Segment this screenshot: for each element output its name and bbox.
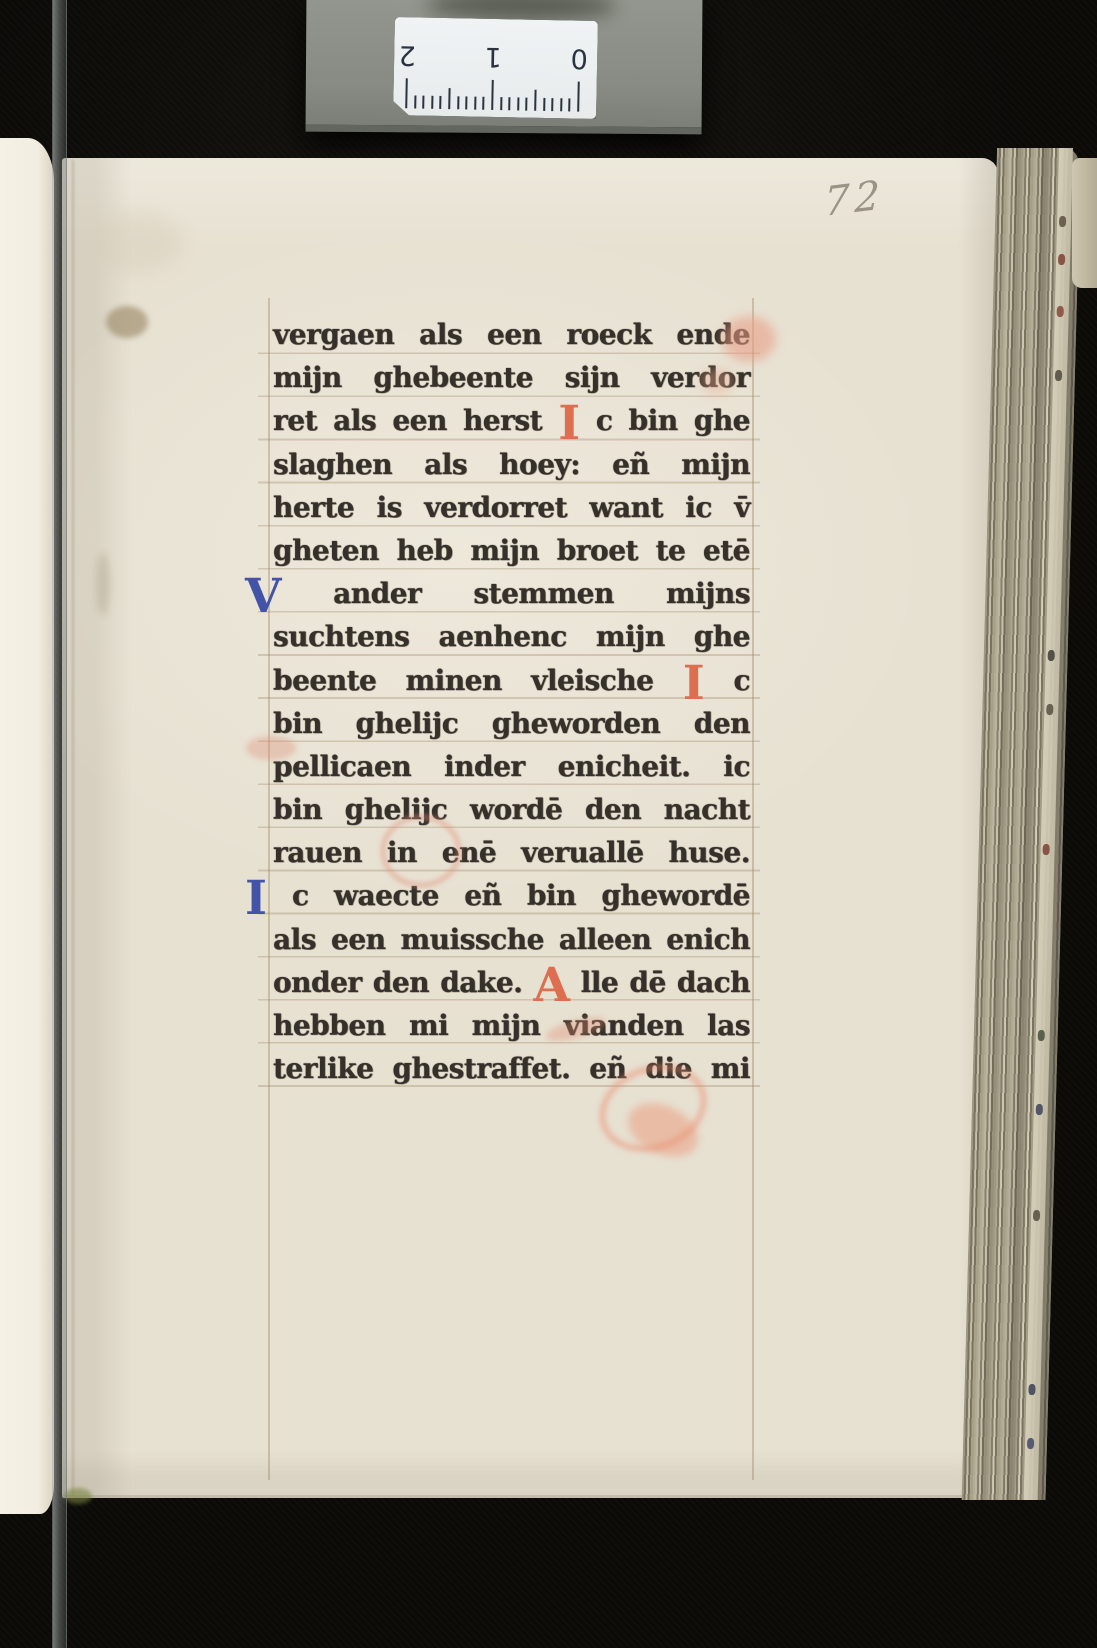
text-segment: pellicaen inder enicheit. ic — [273, 750, 750, 783]
ruler-tick — [491, 80, 494, 110]
text-segment: slaghen als hoey: eñ mijn — [273, 448, 750, 481]
ruler-tick — [431, 96, 433, 109]
fore-edge-speck — [1058, 254, 1065, 265]
text-segment: mijn ghebeente sijn verdor — [273, 361, 750, 394]
text-segment: c bin ghe — [596, 404, 750, 437]
right-ruling-line — [752, 298, 754, 1480]
illuminated-initial: I — [558, 414, 580, 434]
ruler-tick — [534, 90, 536, 111]
text-line: rauen in enē veruallē huse. — [273, 831, 750, 874]
stain-spot — [246, 736, 296, 760]
manuscript-photo: 210 72 vergaen als een roeck endemijn gh… — [0, 0, 1097, 1648]
fore-edge-sliver — [1024, 148, 1073, 1500]
text-segment: als een muissche alleen enich — [273, 923, 750, 956]
text-line: beente minen vleische I c — [273, 659, 750, 702]
text-line: vergaen als een roeck ende — [273, 313, 750, 356]
stain-spot — [700, 368, 734, 394]
ruler-tick — [474, 97, 476, 110]
text-line: onder den dake. A lle dē dach — [273, 961, 750, 1004]
fore-edge-speck — [1036, 1104, 1043, 1115]
ruler-sticker: 210 — [393, 17, 598, 119]
text-segment: c — [733, 664, 750, 697]
ruler-tick — [440, 96, 442, 109]
ruler-tick — [457, 96, 459, 109]
text-segment: ret als een herst — [273, 404, 542, 437]
text-segment: onder den dake. — [273, 966, 522, 999]
text-block: vergaen als een roeck endemijn ghebeente… — [273, 313, 750, 1090]
ruler-tick — [465, 96, 467, 109]
text-segment: beente minen vleische — [273, 664, 653, 697]
illuminated-initial: I — [245, 889, 267, 909]
ruler-tick — [422, 96, 424, 109]
stain-spot — [64, 1488, 92, 1504]
ruler-number: 0 — [570, 42, 588, 73]
text-line: gheten heb mijn broet te etē — [273, 529, 750, 572]
ruler-tick — [500, 97, 502, 110]
text-segment: bin ghelijc gheworden den — [273, 707, 750, 740]
illuminated-initial: V — [245, 587, 281, 607]
ruler-tick — [405, 78, 408, 108]
text-line: pellicaen inder enicheit. ic — [273, 745, 750, 788]
text-line: suchtens aenhenc mijn ghe — [273, 615, 750, 658]
text-line: hebben mi mijn vianden las — [273, 1004, 750, 1047]
fore-edge-speck — [1055, 370, 1062, 381]
ruler-tick — [560, 98, 562, 111]
text-line: ret als een herst I c bin ghe — [273, 399, 750, 442]
plate-smudge — [426, 0, 616, 21]
left-page-edge — [0, 138, 54, 1514]
text-segment: c waecte eñ bin ghewordē — [292, 879, 750, 912]
ruler-tick — [577, 82, 580, 112]
text-segment: vergaen als een roeck ende — [273, 318, 750, 351]
stain-spot — [96, 552, 110, 616]
fore-edge-speck — [1038, 1030, 1045, 1041]
ruler-tick — [551, 98, 553, 111]
text-segment: suchtens aenhenc mijn ghe — [273, 620, 750, 653]
text-segment: gheten heb mijn broet te etē — [273, 534, 750, 567]
stain-spot — [722, 316, 776, 362]
illuminated-initial: A — [534, 976, 570, 996]
text-line: bin ghelijc wordē den nacht — [273, 788, 750, 831]
text-segment: lle dē dach — [581, 966, 750, 999]
ink-offset-ring — [380, 814, 462, 888]
text-segment: herte is verdorret want ic v̄ — [273, 491, 750, 524]
text-line: als een muissche alleen enich — [273, 918, 750, 961]
fore-edge-speck — [1059, 216, 1066, 227]
text-line: slaghen als hoey: eñ mijn — [273, 443, 750, 486]
ruler-number: 2 — [398, 39, 416, 70]
fore-edge-speck — [1033, 1210, 1040, 1221]
text-line: bin ghelijc gheworden den — [273, 702, 750, 745]
ruler-tick — [508, 97, 510, 110]
fore-edge-speck — [1028, 1384, 1035, 1395]
fore-edge-speck — [1057, 306, 1064, 317]
ruler-tick — [526, 98, 528, 111]
corner-pages — [1072, 158, 1097, 288]
ruler-tick — [414, 95, 416, 108]
illuminated-initial: I — [683, 674, 705, 694]
fore-edge-speck — [1027, 1438, 1034, 1449]
stain-spot — [106, 306, 148, 338]
text-segment: bin ghelijc wordē den nacht — [273, 793, 750, 826]
text-segment: rauen in enē veruallē huse. — [273, 836, 750, 869]
text-line: I c waecte eñ bin ghewordē — [273, 874, 750, 917]
page-number: 72 — [824, 172, 885, 226]
text-segment: ander stemmen mijns — [333, 577, 750, 610]
gutter-crease — [72, 160, 74, 1496]
glass-strip — [52, 0, 67, 1648]
text-line: herte is verdorret want ic v̄ — [273, 486, 750, 529]
text-line: mijn ghebeente sijn verdor — [273, 356, 750, 399]
fore-edge-speck — [1046, 704, 1053, 715]
ruler-tick — [448, 88, 450, 109]
fore-edge-speck — [1042, 844, 1049, 855]
fore-edge-speck — [1048, 650, 1055, 661]
stain-spot — [88, 212, 184, 274]
ruler-tick — [483, 97, 485, 110]
ruler-tick — [569, 98, 571, 111]
ruler-tick — [517, 97, 519, 110]
text-segment: hebben mi mijn vianden las — [273, 1009, 750, 1042]
ruler-number: 1 — [484, 41, 502, 72]
text-line: V ander stemmen mijns — [273, 572, 750, 615]
ruler-tick — [543, 98, 545, 111]
